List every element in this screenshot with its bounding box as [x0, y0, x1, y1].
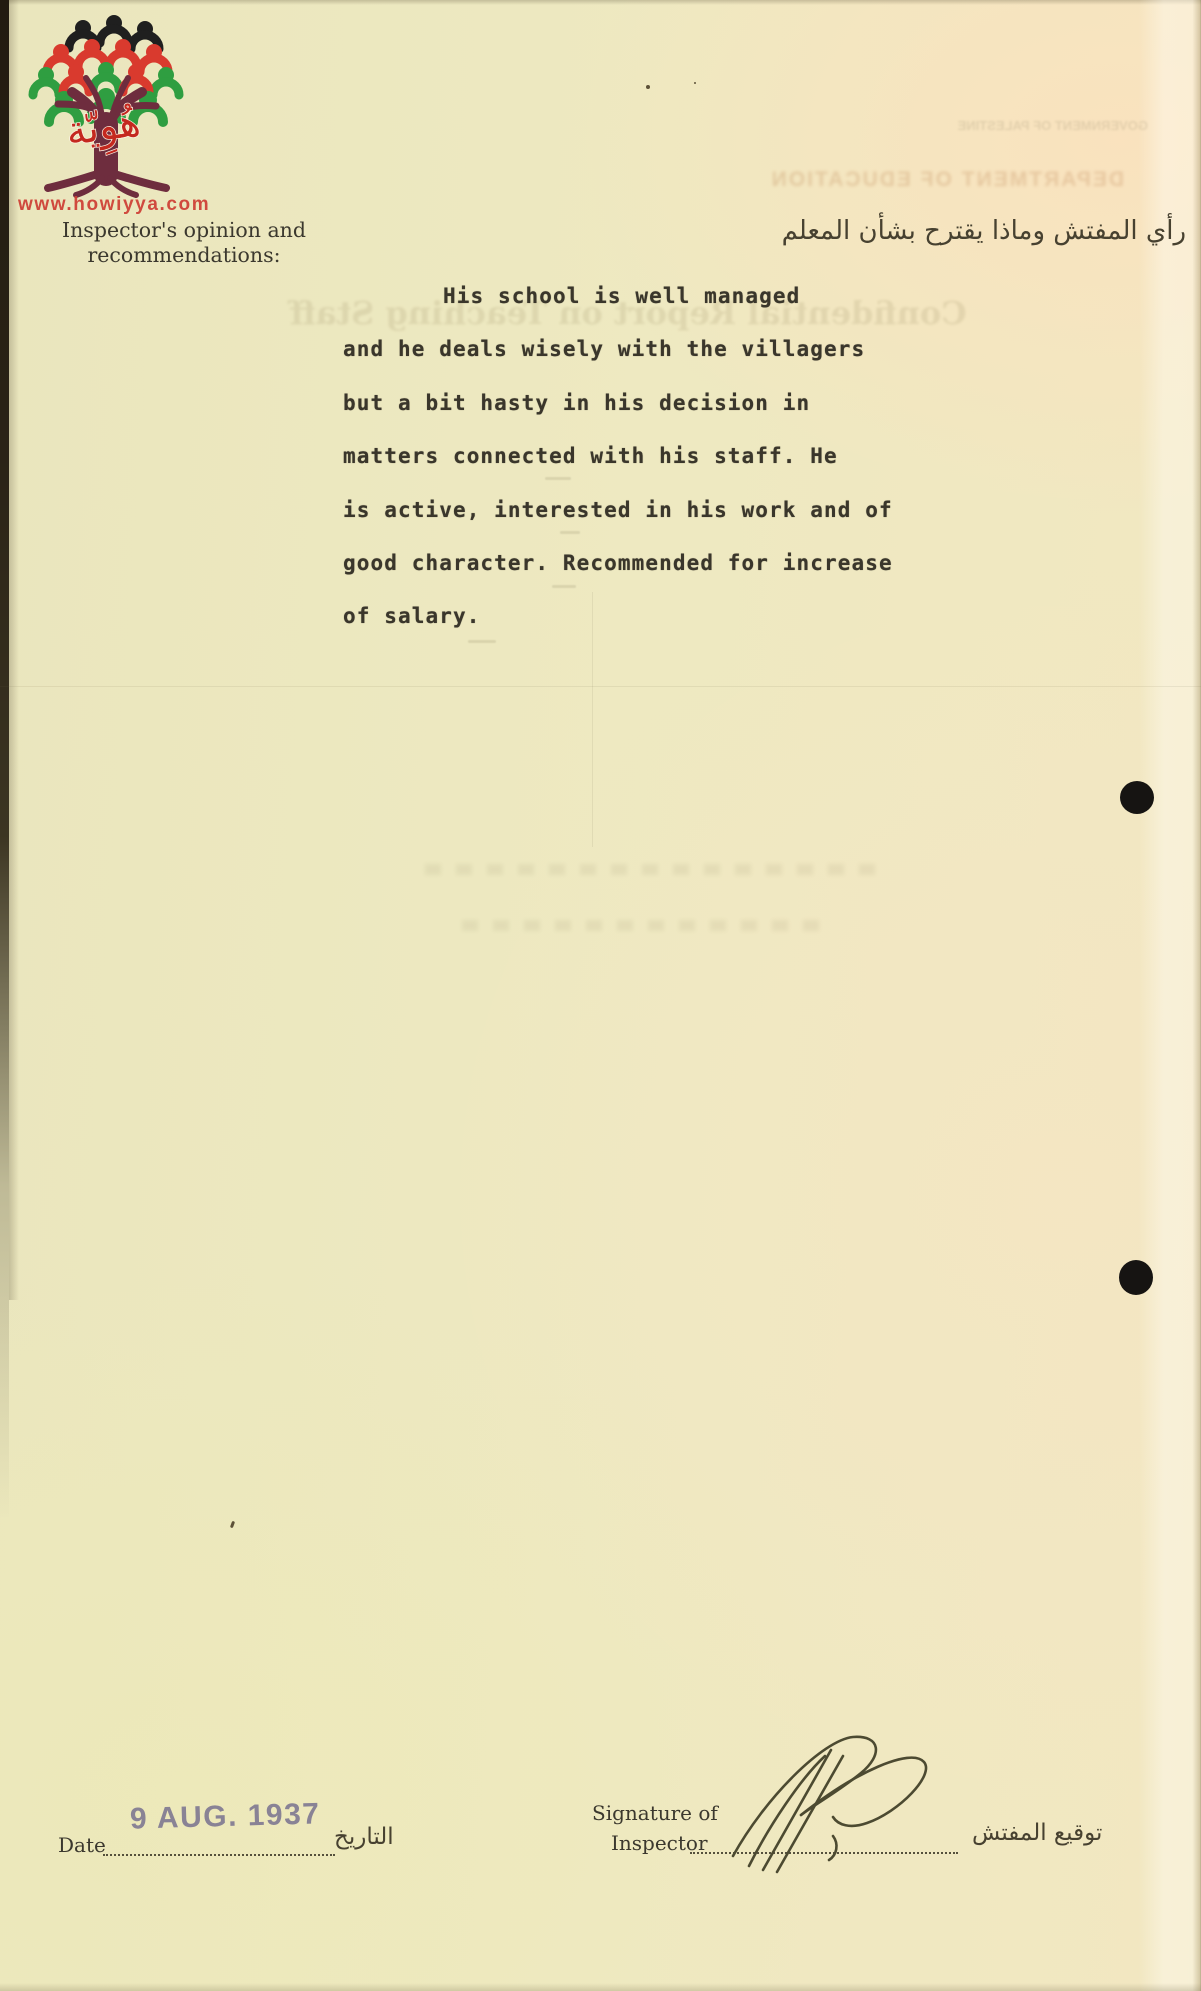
ink-speck: [646, 85, 650, 89]
bleed-through-department-line: DEPARTMENT OF EDUCATION: [772, 168, 1124, 192]
scan-edge-left: [0, 0, 9, 1520]
paper-crease: [0, 686, 1201, 687]
scan-edge-top: [0, 0, 1201, 5]
tree-of-people-icon: هُوِيّة: [28, 12, 184, 198]
ink-smudge: [468, 640, 496, 643]
signature-label-arabic: توقيع المفتش: [972, 1820, 1102, 1846]
ink-smudge: [552, 585, 576, 588]
remarks-line: and he deals wisely with the villagers: [343, 323, 1003, 376]
remarks-line: is active, interested in his work and of: [343, 484, 1003, 537]
remarks-line: of salary.: [343, 590, 1003, 643]
bleed-through-text-strip: [462, 920, 822, 931]
ink-speck: [694, 82, 696, 84]
bleed-through-text-strip: [425, 864, 885, 875]
scan-edge-right: [1139, 0, 1201, 1991]
remarks-line: but a bit hasty in his decision in: [343, 377, 1003, 430]
inspector-opinion-label-line2: recommendations:: [46, 243, 322, 268]
scanned-document-page: GOVERNMENT OF PALESTINE DEPARTMENT OF ED…: [0, 0, 1201, 1991]
paper-crease: [592, 592, 593, 847]
punch-hole-dot: [1119, 1260, 1153, 1295]
ink-smudge: [560, 531, 580, 534]
inspector-opinion-label-line1: Inspector's opinion and: [46, 218, 322, 243]
bleed-through-government-line: GOVERNMENT OF PALESTINE: [968, 118, 1148, 133]
ink-speck: [230, 1521, 235, 1529]
howiyya-tree-logo: هُوِيّة: [28, 12, 184, 198]
date-label-arabic: التاريخ: [334, 1824, 394, 1850]
inspector-signature: [705, 1728, 965, 1876]
watermark-site-url: www.howiyya.com: [18, 194, 208, 216]
date-dotted-line: [103, 1852, 335, 1856]
inspector-opinion-label-arabic: رأي المفتش وماذا يقترح بشأن المعلم: [766, 216, 1186, 246]
ink-smudge: [545, 477, 571, 480]
punch-hole-dot: [1120, 781, 1154, 814]
typewritten-remarks: His school is well managed and he deals …: [343, 270, 1003, 644]
signature-label-line1: Signature of: [592, 1801, 718, 1825]
remarks-line: His school is well managed: [343, 270, 1003, 323]
remarks-line: good character. Recommended for increase: [343, 537, 1003, 590]
remarks-line: matters connected with his staff. He: [343, 430, 1003, 483]
scan-edge-bottom: [0, 1983, 1201, 1991]
date-label: Date: [58, 1833, 106, 1857]
date-stamp: 9 AUG. 1937: [130, 1797, 321, 1836]
inspector-opinion-label: Inspector's opinion and recommendations:: [46, 218, 322, 268]
handwritten-signature-icon: [705, 1728, 965, 1876]
